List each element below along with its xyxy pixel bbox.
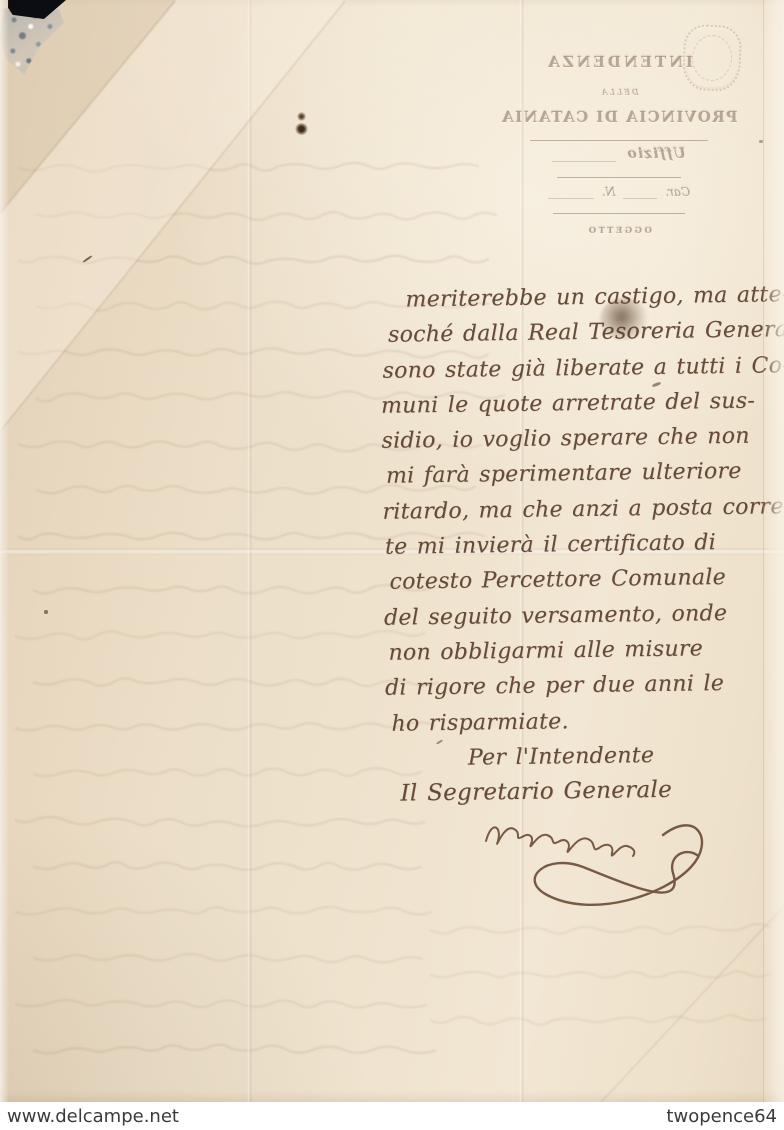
paper-edge-seam (763, 0, 764, 1102)
ink-stain (297, 112, 306, 121)
letterhead-scrawl (623, 188, 657, 199)
letter-line: ritardo, ma che anzi a posta corren- (382, 489, 782, 530)
letter-photo: INTENDENZA DELLA PROVINCIA DI CATANIA Uf… (0, 0, 784, 1102)
letter-line: non obbligarmi alle misure (384, 630, 784, 671)
letterhead-rule (557, 177, 681, 178)
letterhead-subject-label: OGGETTO (498, 226, 740, 236)
letterhead-office-row: Uffizio (498, 146, 740, 162)
watermark-left: www.delcampe.net (7, 1106, 179, 1127)
letter-line: te mi invierà il certificato di (383, 524, 783, 565)
watermark-right: twopence64 (666, 1106, 777, 1127)
letterhead-rule (553, 213, 685, 214)
letter-line: soché dalla Real Tesoreria Generale (380, 313, 780, 354)
letter-line: muni le quote arretrate del sus- (381, 383, 781, 424)
letterhead-province: PROVINCIA DI CATANIA (498, 108, 740, 126)
letter-line: cotesto Percettore Comunale (383, 560, 783, 601)
handwritten-letter-body: meriterebbe un castigo, ma atte- soché d… (379, 277, 784, 812)
letter-line: mi farà sperimentare ulteriore (382, 454, 782, 495)
letter-line: ho risparmiate. (385, 701, 784, 742)
letter-line: sidio, io voglio sperare che non (381, 418, 781, 459)
signature-flourish (428, 793, 748, 908)
letter-line: del seguito versamento, onde (384, 595, 784, 636)
letterhead-cat-label: Car. (665, 185, 690, 199)
letter-line: di rigore che per due anni le (385, 665, 784, 706)
letterhead-scrawl (552, 151, 616, 162)
letterhead-mirrored: INTENDENZA DELLA PROVINCIA DI CATANIA Uf… (498, 44, 740, 236)
listing-photo-page: { "watermarks": { "site_left": "www.delc… (0, 0, 784, 1130)
letterhead-num-label: N. (602, 185, 616, 199)
ink-speck (44, 610, 48, 614)
letterhead-subtitle: DELLA (498, 88, 740, 97)
letter-closing-role: Per l'Intendente (386, 736, 784, 777)
letterhead-rule (530, 140, 708, 141)
letterhead-scrawl (548, 188, 594, 199)
ink-smudge (600, 298, 648, 340)
ink-stain (295, 123, 308, 135)
paper-edge (0, 0, 9, 1102)
paper-edge (762, 0, 784, 1102)
letter-line: meriterebbe un castigo, ma atte- (379, 277, 779, 318)
letterhead-reference-row: Car. N. (498, 185, 740, 199)
letterhead-title: INTENDENZA (498, 53, 740, 71)
watermark-bar: www.delcampe.net twopence64 (0, 1102, 784, 1130)
letter-line: sono state già liberate a tutti i Co- (380, 348, 780, 389)
letterhead-office-label: Uffizio (626, 146, 685, 162)
